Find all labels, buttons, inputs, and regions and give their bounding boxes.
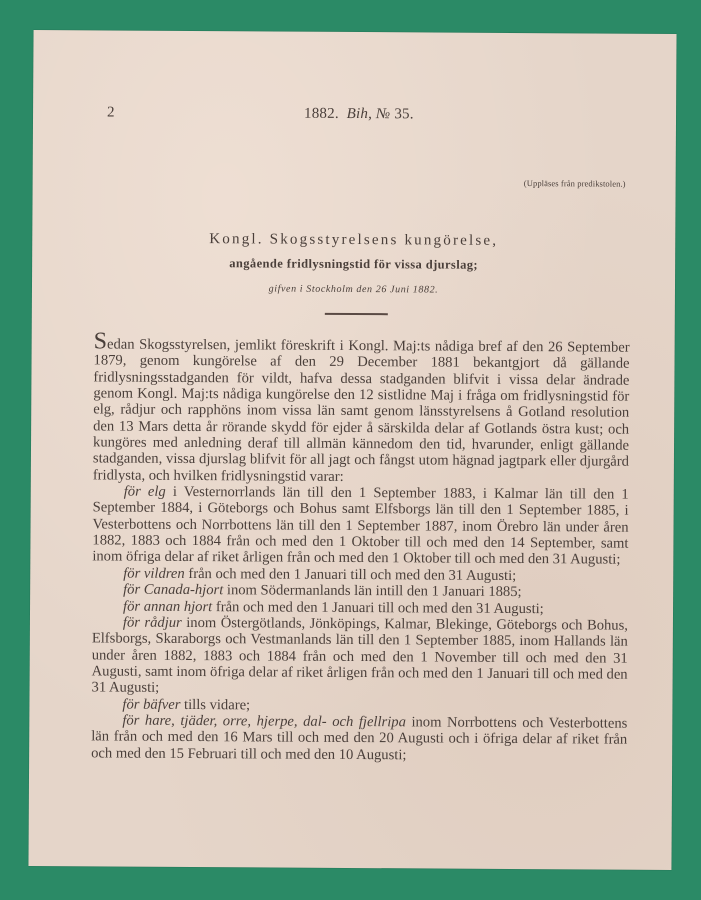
species-label: för Canada-hjort xyxy=(123,582,223,599)
page-number: 2 xyxy=(107,104,115,121)
pulpit-note: (Uppläses från predikstolen.) xyxy=(524,178,626,189)
header-number: 35. xyxy=(394,106,413,122)
running-header: 2 1882. Bih, № 35. xyxy=(33,104,676,128)
publication-reference: 1882. Bih, № 35. xyxy=(304,106,414,124)
number-sign: № xyxy=(376,106,390,122)
header-year: 1882. xyxy=(304,106,339,122)
species-label: för rådjur xyxy=(123,614,182,630)
intro-text: edan Skogsstyrelsen, jemlikt föreskrift … xyxy=(93,336,630,484)
item-text: i Vesternorrlands län till den 1 Septemb… xyxy=(92,484,628,568)
document-page: 2 1882. Bih, № 35. (Uppläses från predik… xyxy=(28,30,676,870)
drop-cap: S xyxy=(94,328,108,354)
header-bih: Bih, xyxy=(347,106,372,122)
species-label: för hare, tjäder, orre, hjerpe, dal- och… xyxy=(122,713,406,731)
document-dateline: gifven i Stockholm den 26 Juni 1882. xyxy=(32,282,675,297)
list-item: för hare, tjäder, orre, hjerpe, dal- och… xyxy=(91,712,627,764)
item-text: från och med den 1 Januari till och med … xyxy=(185,566,517,584)
species-label: för vildren xyxy=(123,565,185,581)
item-text: inom Södermanlands län intill den 1 Janu… xyxy=(223,582,521,600)
item-text: tills vidare; xyxy=(180,697,250,713)
document-title: Kongl. Skogsstyrelsens kungörelse, xyxy=(32,230,675,251)
list-item: för rådjur inom Östergötlands, Jönköping… xyxy=(91,614,627,699)
species-label: för bäfver xyxy=(122,696,180,712)
document-subtitle: angående fridlysningstid för vissa djurs… xyxy=(32,255,675,274)
divider-rule xyxy=(325,313,388,315)
document-body: Sedan Skogsstyrelsen, jemlikt föreskrift… xyxy=(91,333,630,764)
list-item: för elg i Vesternorrlands län till den 1… xyxy=(92,484,628,569)
item-text: från och med den 1 Januari till och med … xyxy=(212,599,544,617)
species-label: för annan hjort xyxy=(123,598,212,615)
intro-paragraph: Sedan Skogsstyrelsen, jemlikt föreskrift… xyxy=(93,333,630,486)
species-label: för elg xyxy=(124,484,166,500)
